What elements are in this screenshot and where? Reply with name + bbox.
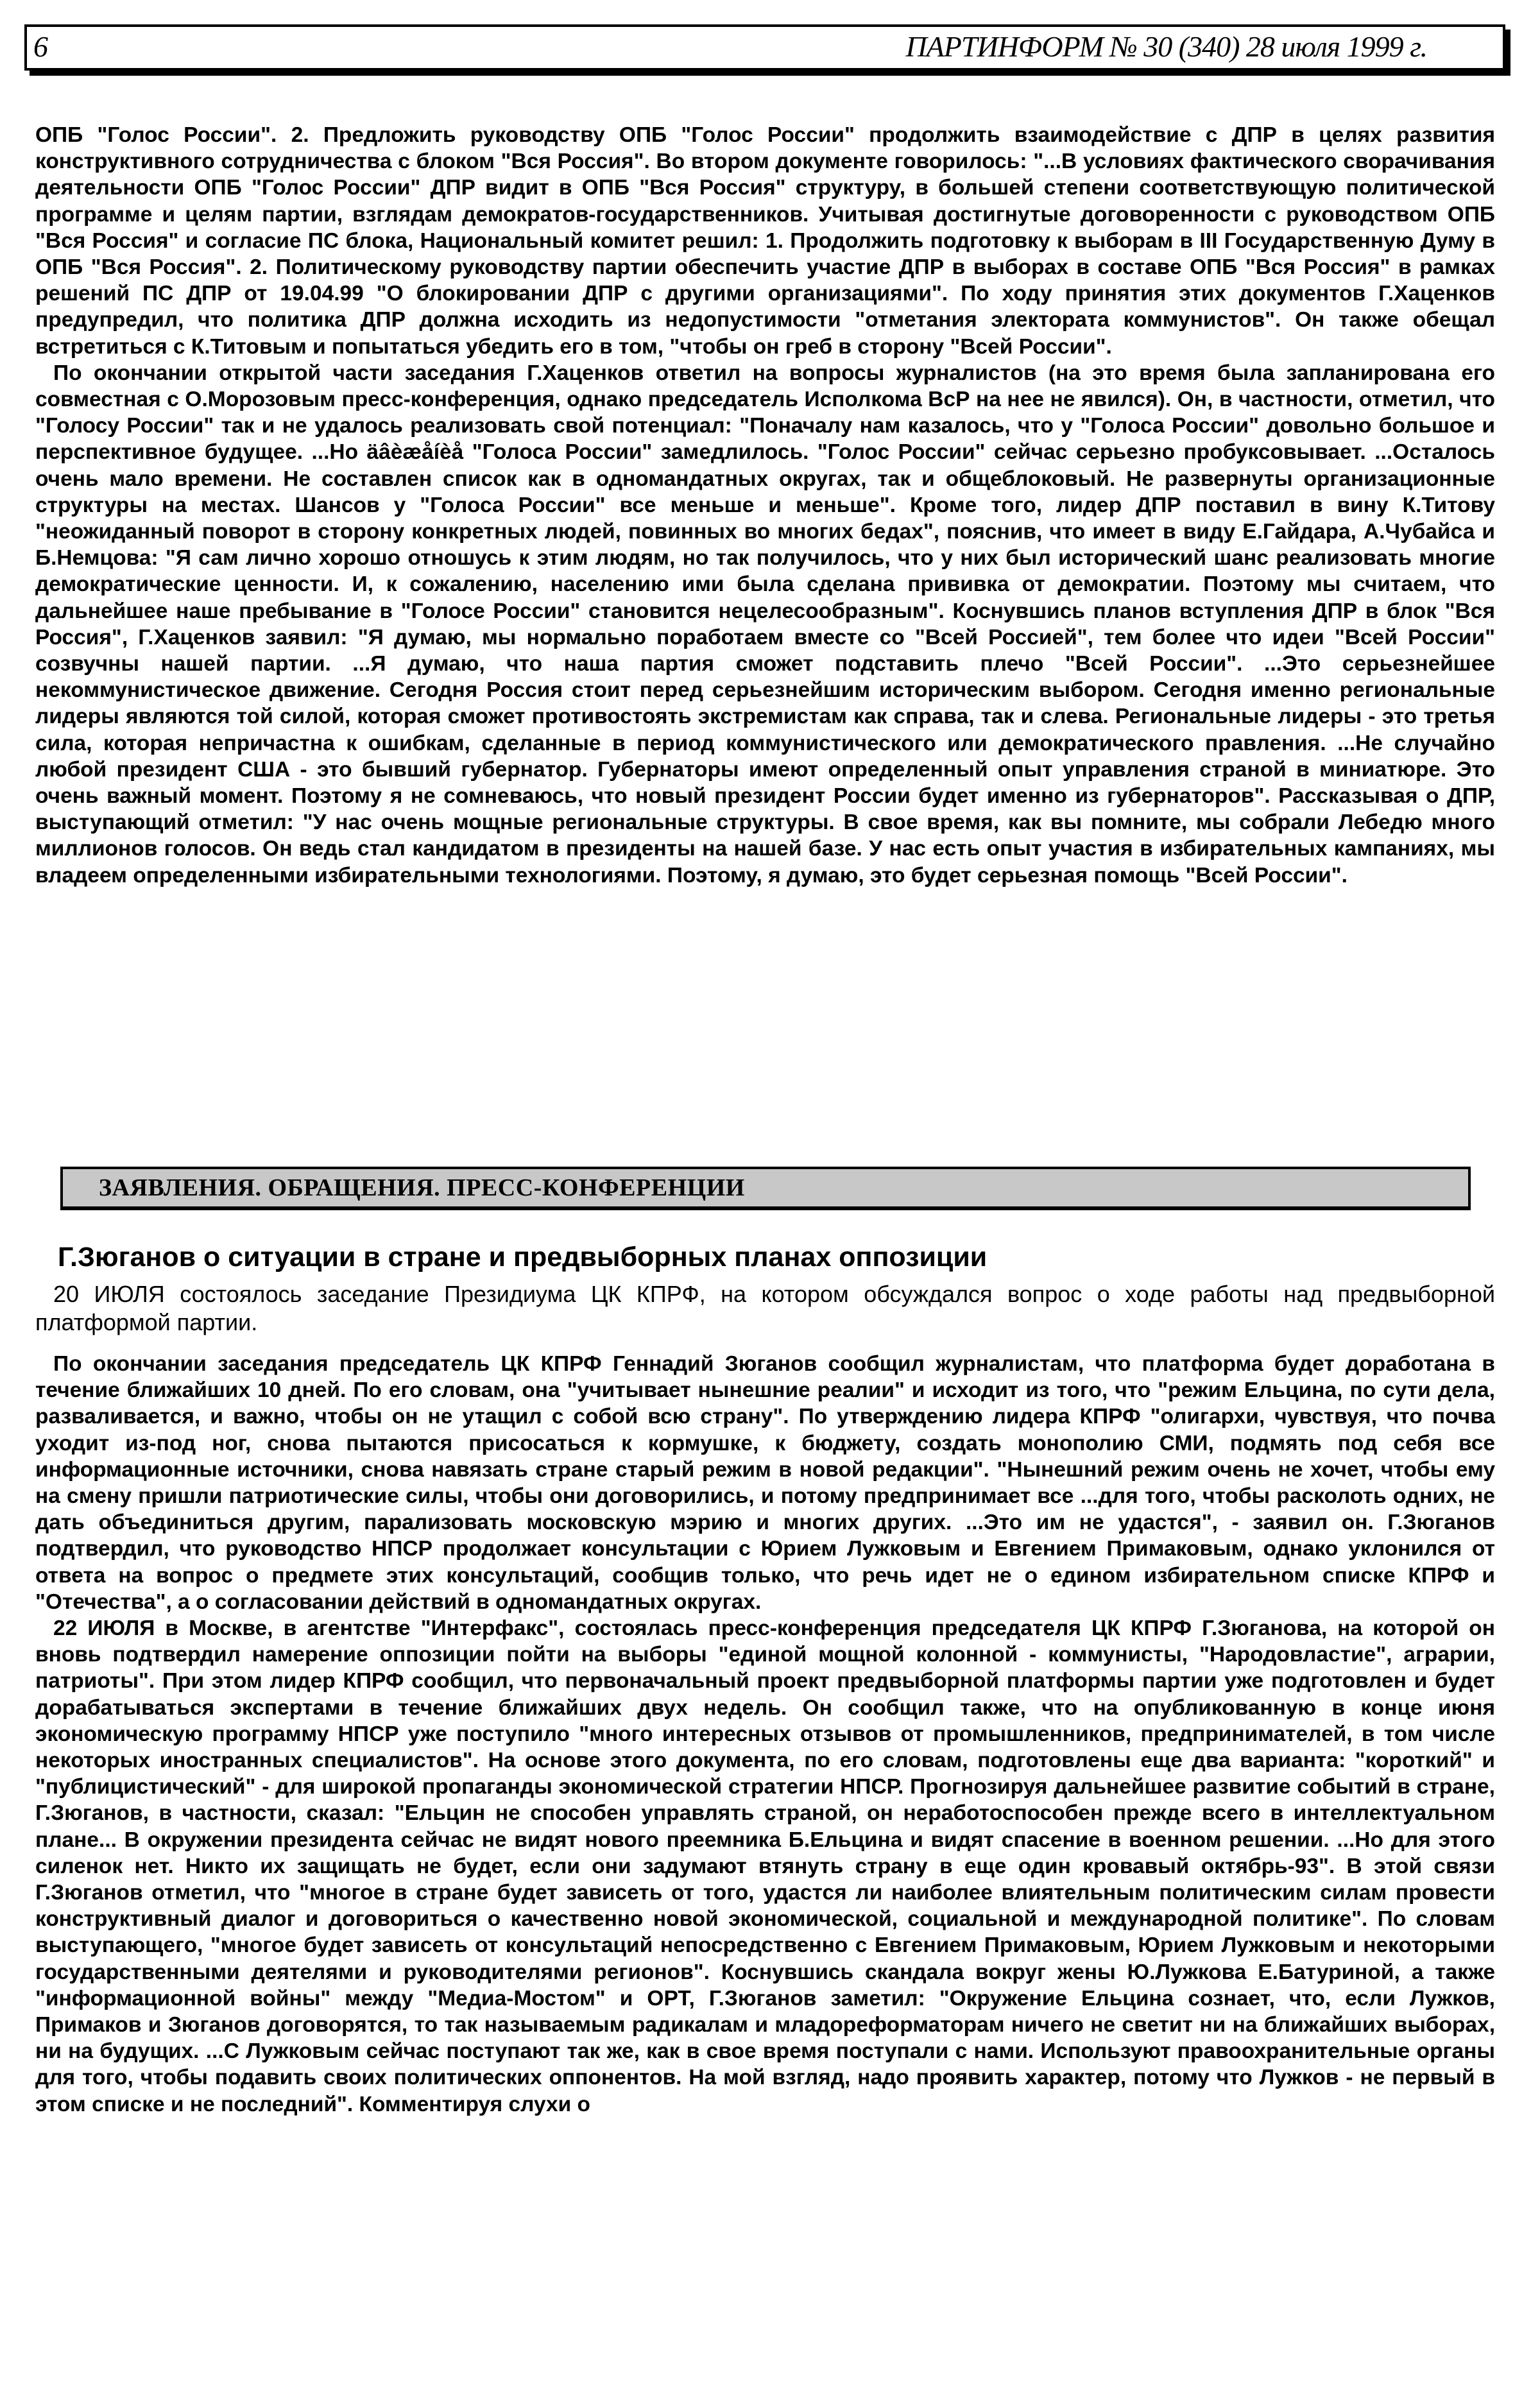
paragraph: 22 ИЮЛЯ в Москве, в агентстве "Интерфакс… xyxy=(35,1615,1495,2118)
paragraph: По окончании открытой части заседания Г.… xyxy=(35,360,1495,889)
article-lead: 20 ИЮЛЯ состоялось заседание Президиума … xyxy=(35,1280,1495,1337)
article-body: По окончании заседания председатель ЦК К… xyxy=(35,1351,1495,2118)
lead-paragraph: 20 ИЮЛЯ состоялось заседание Президиума … xyxy=(35,1280,1495,1337)
section-title: ЗАЯВЛЕНИЯ. ОБРАЩЕНИЯ. ПРЕСС-КОНФЕРЕНЦИИ xyxy=(99,1174,745,1202)
page-number: 6 xyxy=(33,30,48,64)
paragraph: ОПБ "Голос России". 2. Предложить руково… xyxy=(35,122,1495,360)
paragraph: По окончании заседания председатель ЦК К… xyxy=(35,1351,1495,1615)
article-continuation: ОПБ "Голос России". 2. Предложить руково… xyxy=(35,122,1495,889)
section-banner: ЗАЯВЛЕНИЯ. ОБРАЩЕНИЯ. ПРЕСС-КОНФЕРЕНЦИИ xyxy=(60,1167,1471,1210)
issue-title: ПАРТИНФОРМ № 30 (340) 28 июля 1999 г. xyxy=(905,30,1427,64)
article-title: Г.Зюганов о ситуации в стране и предвыбо… xyxy=(58,1242,987,1273)
page-header: 6 ПАРТИНФОРМ № 30 (340) 28 июля 1999 г. xyxy=(24,24,1505,71)
